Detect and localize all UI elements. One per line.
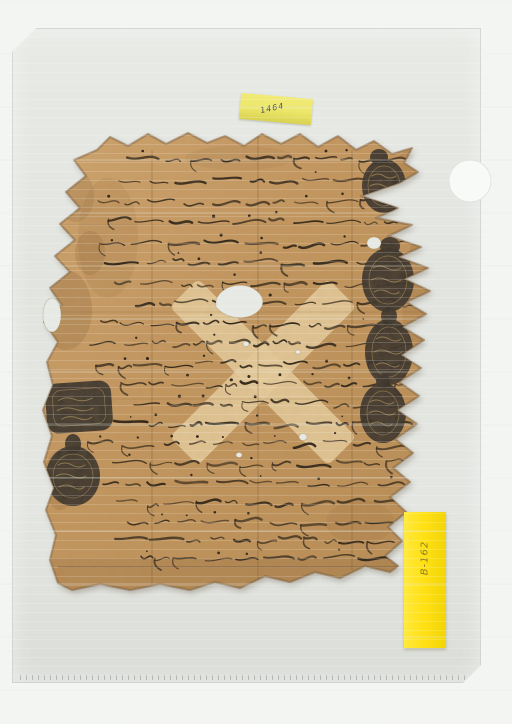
catalog-number: 1464 (259, 101, 285, 115)
catalog-note-side: B-162 (404, 512, 446, 648)
paper-texture (40, 125, 440, 595)
hole-punch (449, 160, 491, 202)
scanned-archive-photo: 1464 B-162 (0, 0, 512, 724)
shelfmark-number: B-162 (420, 541, 431, 575)
manuscript-paper (40, 125, 440, 595)
